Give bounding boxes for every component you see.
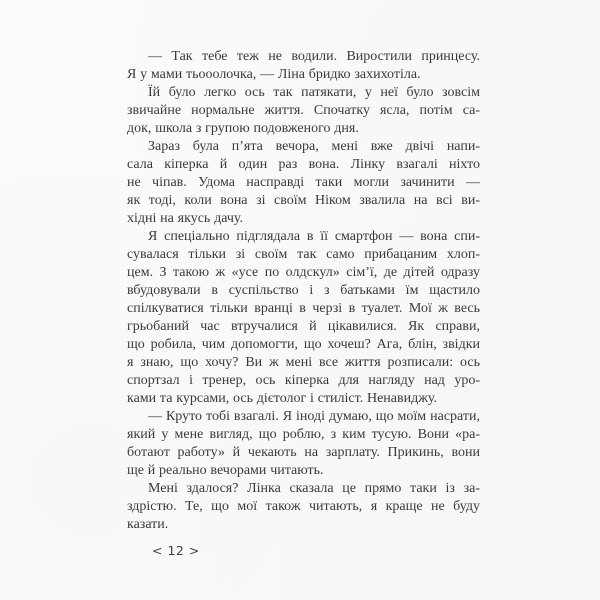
text-line: що робила, чим допомогти, що хочеш? Ага,… [127,336,480,354]
text-line: Я спеціально підглядала в її смартфон — … [127,228,480,246]
page-number: < 12 > [152,543,200,558]
text-line: вбудовували в суспільство і з батьками ї… [127,282,480,300]
text-line: який у мене вигляд, що роблю, з ким тусу… [127,426,480,444]
paragraph: Зараз була п’ята вечора, мені вже двічі … [127,138,480,228]
text-line: Зараз була п’ята вечора, мені вже двічі … [127,138,480,156]
text-line: не чіпав. Удома насправді таки могли зач… [127,174,480,192]
paragraph: Їй було легко ось так патякати, у неї бу… [127,84,480,138]
text-line: казати. [127,516,480,534]
text-line: ще й реально вечорами читають. [127,462,480,480]
text-line: спортзал і тренер, ось кіперка для нагля… [127,372,480,390]
text-line: хідні на якусь дачу. [127,210,480,228]
page-text-block: — Так тебе теж не водили. Виростили прин… [127,48,480,534]
text-line: здрістю. Те, що мої також читають, я кра… [127,498,480,516]
book-page: — Так тебе теж не водили. Виростили прин… [0,0,600,600]
paragraph: Я спеціально підглядала в її смартфон — … [127,228,480,408]
text-line: грьобаний час втручалися й цікавилися. Я… [127,318,480,336]
text-line: Я у мами тьооолочка, — Ліна бридко захих… [127,66,480,84]
text-line: я знаю, що хочу? Ви ж мені все життя роз… [127,354,480,372]
text-line: — Так тебе теж не водили. Виростили прин… [127,48,480,66]
text-line: сала кіперка й один раз вона. Лінку взаг… [127,156,480,174]
paragraph: — Круто тобі взагалі. Я іноді думаю, що … [127,408,480,480]
text-line: цем. З такою ж «усе по олдскул» сім’ї, д… [127,264,480,282]
text-line: — Круто тобі взагалі. Я іноді думаю, що … [127,408,480,426]
paragraph: Мені здалося? Лінка сказала це прямо так… [127,480,480,534]
text-line: ботают работу» й чекають на зарплату. Пр… [127,444,480,462]
text-line: Їй було легко ось так патякати, у неї бу… [127,84,480,102]
text-line: спілкуватися тільки вранці в черзі в туа… [127,300,480,318]
text-line: Мені здалося? Лінка сказала це прямо так… [127,480,480,498]
text-line: звичайне нормальне життя. Спочатку ясла,… [127,102,480,120]
paragraph: — Так тебе теж не водили. Виростили прин… [127,48,480,84]
text-line: як тоді, коли вона зі своїм Ніком звалил… [127,192,480,210]
text-line: сувалася тільки зі своїм так само прибац… [127,246,480,264]
text-line: ками та курсами, ось дієтолог і стиліст.… [127,390,480,408]
text-line: док, школа з групою подовженого дня. [127,120,480,138]
